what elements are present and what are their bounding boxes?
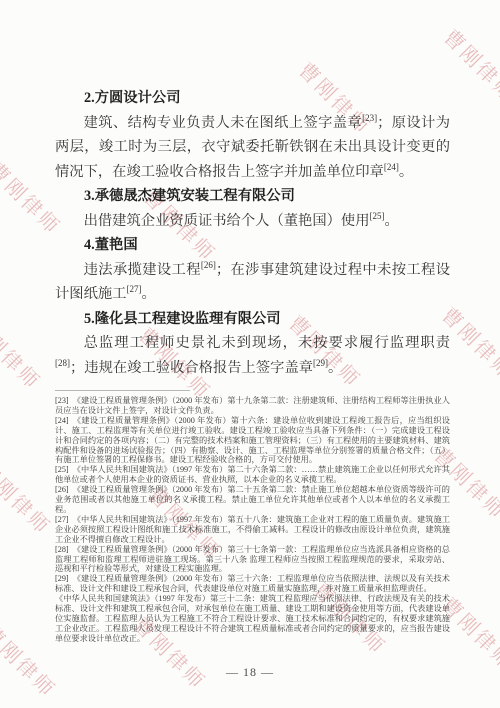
- footnote-ref: [28]: [55, 358, 70, 368]
- footnote-ref: [24]: [384, 162, 399, 172]
- footnote-text: [28]《建设工程质量管理条例》（2000 年发布）第三十七条第一款：工程监理单…: [55, 545, 450, 575]
- page-number: — 18 —: [0, 665, 500, 680]
- footnote-ref: [27]: [126, 284, 141, 294]
- footnote-label: [27]: [55, 515, 69, 524]
- page-content: 2.方圆设计公司建筑、结构专业负责人未在图纸上签字盖章[23]；原设计为两层，竣…: [55, 86, 450, 644]
- footnote-ref: [29]: [313, 358, 328, 368]
- footnote-list: [23]《建设工程质量管理条例》（2000 年发布）第十九条第二款：注册建筑师、…: [55, 396, 450, 644]
- watermark: 曹刚律师: [0, 455, 59, 541]
- footnote-label: [24]: [55, 416, 69, 425]
- footnote-text: [24]《建设工程质量管理条例》（2000 年发布）第十六条：建设单位收到建设工…: [55, 416, 450, 466]
- footnote-text: [29]《建设工程质量管理条例》（2000 年发布）第三十六条：工程监理单位应当…: [55, 574, 450, 594]
- footnote-label: [23]: [55, 396, 69, 405]
- footnote-text: 《中华人民共和国建筑法》（1997 年发布）第三十二条：建筑工程监理应当依照法律…: [55, 594, 450, 644]
- footnote-item: [26]《建设工程质量管理条例》（2000 年发布）第二十五条第二款：禁止施工单…: [55, 485, 450, 515]
- footnote-item: [29]《建设工程质量管理条例》（2000 年发布）第三十六条：工程监理单位应当…: [55, 574, 450, 643]
- document-page: 曹刚律师曹刚律师曹刚律师曹刚律师曹刚律师曹刚律师曹刚律师曹刚律师曹刚律师曹刚律师…: [0, 0, 500, 708]
- section-paragraph: 出借建筑企业资质证书给个人（董艳国）使用[25]。: [55, 209, 450, 234]
- footnote-item: [25]《中华人民共和国建筑法》（1997 年发布）第二十六条第二款：……禁止建…: [55, 465, 450, 485]
- section-paragraph: 总监理工程师史景礼未到现场，未按要求履行监理职责[28]；违规在竣工验收合格报告…: [55, 331, 450, 380]
- footnote-item: [27]《中华人民共和国建筑法》（1997 年发布）第五十八条：建筑施工企业对工…: [55, 515, 450, 545]
- footnote-separator: [55, 390, 190, 391]
- footnote-text: [25]《中华人民共和国建筑法》（1997 年发布）第二十六条第二款：……禁止建…: [55, 465, 450, 485]
- footnote-ref: [26]: [201, 260, 216, 270]
- footnote-text: [26]《建设工程质量管理条例》（2000 年发布）第二十五条第二款：禁止施工单…: [55, 485, 450, 515]
- watermark: 曹刚律师: [0, 310, 49, 396]
- footnote-label: [28]: [55, 545, 69, 554]
- section-heading: 4.董艳国: [55, 233, 450, 258]
- footnote-ref: [25]: [370, 211, 385, 221]
- report-section: 3.承德晟杰建筑安装工程有限公司出借建筑企业资质证书给个人（董艳国）使用[25]…: [55, 184, 450, 233]
- footnote-item: [23]《建设工程质量管理条例》（2000 年发布）第十九条第二款：注册建筑师、…: [55, 396, 450, 416]
- report-section: 5.隆化县工程建设监理有限公司总监理工程师史景礼未到现场，未按要求履行监理职责[…: [55, 307, 450, 381]
- footnote-ref: [23]: [362, 113, 377, 123]
- report-section: 2.方圆设计公司建筑、结构专业负责人未在图纸上签字盖章[23]；原设计为两层，竣…: [55, 86, 450, 184]
- footnote-item: [24]《建设工程质量管理条例》（2000 年发布）第十六条：建设单位收到建设工…: [55, 416, 450, 466]
- section-paragraph: 建筑、结构专业负责人未在图纸上签字盖章[23]；原设计为两层，竣工时为三层，衣守…: [55, 111, 450, 185]
- section-heading: 5.隆化县工程建设监理有限公司: [55, 307, 450, 332]
- main-sections: 2.方圆设计公司建筑、结构专业负责人未在图纸上签字盖章[23]；原设计为两层，竣…: [55, 86, 450, 380]
- section-paragraph: 违法承揽建设工程[26]；在涉事建筑建设过程中未按工程设计图纸施工[27]。: [55, 258, 450, 307]
- footnote-text: [27]《中华人民共和国建筑法》（1997 年发布）第五十八条：建筑施工企业对工…: [55, 515, 450, 545]
- footnote-label: [29]: [55, 574, 69, 583]
- footnote-label: [26]: [55, 485, 69, 494]
- footnote-text: [23]《建设工程质量管理条例》（2000 年发布）第十九条第二款：注册建筑师、…: [55, 396, 450, 416]
- section-heading: 3.承德晟杰建筑安装工程有限公司: [55, 184, 450, 209]
- report-section: 4.董艳国违法承揽建设工程[26]；在涉事建筑建设过程中未按工程设计图纸施工[2…: [55, 233, 450, 307]
- footnote-item: [28]《建设工程质量管理条例》（2000 年发布）第三十七条第一款：工程监理单…: [55, 545, 450, 575]
- section-heading: 2.方圆设计公司: [55, 86, 450, 111]
- footnote-label: [25]: [55, 465, 69, 474]
